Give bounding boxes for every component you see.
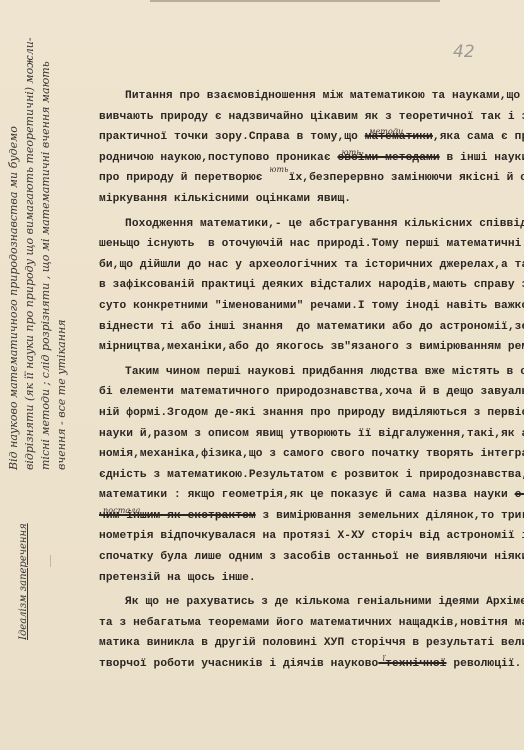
text-line: суто конкретними "іменованими" речами.І … [99,296,519,317]
text-line: мірництва,механіки,або до якогось зв"яза… [99,337,519,358]
text-line: творчої роботи учасників і діячів науков… [99,654,519,675]
text-line: науки й,разом з описом явищ утворюють її… [99,424,519,445]
text-line: єдність з математикою.Результатом є розв… [99,465,519,486]
page-number: 42 [453,42,475,62]
text-line: матика виникла в другій половині ХУП сто… [99,633,519,654]
typed-text: революції. [447,658,522,670]
text-line: чим іншим як екстрактомпостала з вимірюв… [99,506,519,527]
text-line: практичної точки зору.Справа в тому,що м… [99,127,519,148]
text-line: міркування кількісними оцінками явищ. [99,189,519,210]
text-line: Питання про взаємовідношення між математ… [99,86,519,107]
text-line: бі елементи математичного природознавств… [99,382,519,403]
typed-body-text: Питання про взаємовідношення між математ… [99,86,519,675]
text-line: шеньщо існують в оточуючій нас природі.Т… [99,234,519,255]
text-line: та з небагатьма теоремами його математич… [99,613,519,634]
handwritten-insertion: постала [103,501,140,522]
margin-handwritten-notes: Від науково математичного природознавств… [6,30,70,470]
text-line: віднести ті або інші знання до математик… [99,317,519,338]
pencil-mark [50,555,51,567]
margin-short-note: Ідеалізм заперечення [18,523,29,640]
text-line: родничою наукою,поступово проникає своїм… [99,148,519,169]
text-line: би,що дійшли до нас у археологічних та і… [99,255,519,276]
typed-text: практичної точки зору.Справа в тому,що [99,131,365,143]
text-line: ній формі.Згодом де-які знання про приро… [99,403,519,424]
text-line: спочатку була лише одним з засобів остан… [99,547,519,568]
text-line: Таким чином перші наукові придбання людс… [99,362,519,383]
text-line: про природу й перетворює ютьїх,безперерв… [99,168,519,189]
document-page: 42 Від науково математичного природознав… [0,0,524,750]
text-line: математики : якщо геометрія,як це показу… [99,485,519,506]
typed-text: ,яка сама є при- [433,131,524,143]
paragraph: Питання про взаємовідношення між математ… [99,86,519,210]
handwritten-insertion: ють [269,165,288,174]
margin-note-line: вчення - все те утікання [54,30,70,470]
typed-text: творчої роботи учасників і діячів науков… [99,658,378,670]
struck-text: є ні [515,489,524,501]
text-line: в зафіксованій практиці деяких відсталих… [99,275,519,296]
text-line: Походження математики,- це абстрагування… [99,214,519,235]
margin-note-line: відрізняти (як її науки про природу що в… [22,30,38,470]
text-line: Як що не рахуватись з де кількома геніал… [99,592,519,613]
struck-text: -технічної [378,658,446,670]
handwritten-insertion: ї [382,649,385,670]
typed-text: з вимірювання земельних ділянок,то триго… [256,510,524,522]
text-line: претензій на щось інше. [99,568,519,589]
text-line: номія,механіка,фізика,що з самого свого … [99,444,519,465]
page-top-edge [150,0,440,2]
typed-text: математики : якщо геометрія,як це показу… [99,489,515,501]
typed-text: родничою наукою,поступово проникає [99,152,337,164]
typed-text: їх,безперервно замінюючи якісні й описов… [289,172,524,184]
text-line: вивчають природу є надзвичайно цікавим я… [99,107,519,128]
handwritten-insertion: ють [341,143,360,164]
typed-text: про природу й перетворює [99,172,269,184]
text-line: нометрія відпочкувалася на протязі Х-ХУ … [99,526,519,547]
paragraph: Походження математики,- це абстрагування… [99,214,519,358]
handwritten-insertion: методи [369,122,404,143]
paragraph: Як що не рахуватись з де кількома геніал… [99,592,519,674]
margin-note-line: Від науково математичного природознавств… [6,30,22,470]
typed-text: в інші науки [440,152,524,164]
margin-note-line: тісні методи ; слід розрізняти , що мі м… [38,30,54,470]
paragraph: Таким чином перші наукові придбання людс… [99,362,519,589]
